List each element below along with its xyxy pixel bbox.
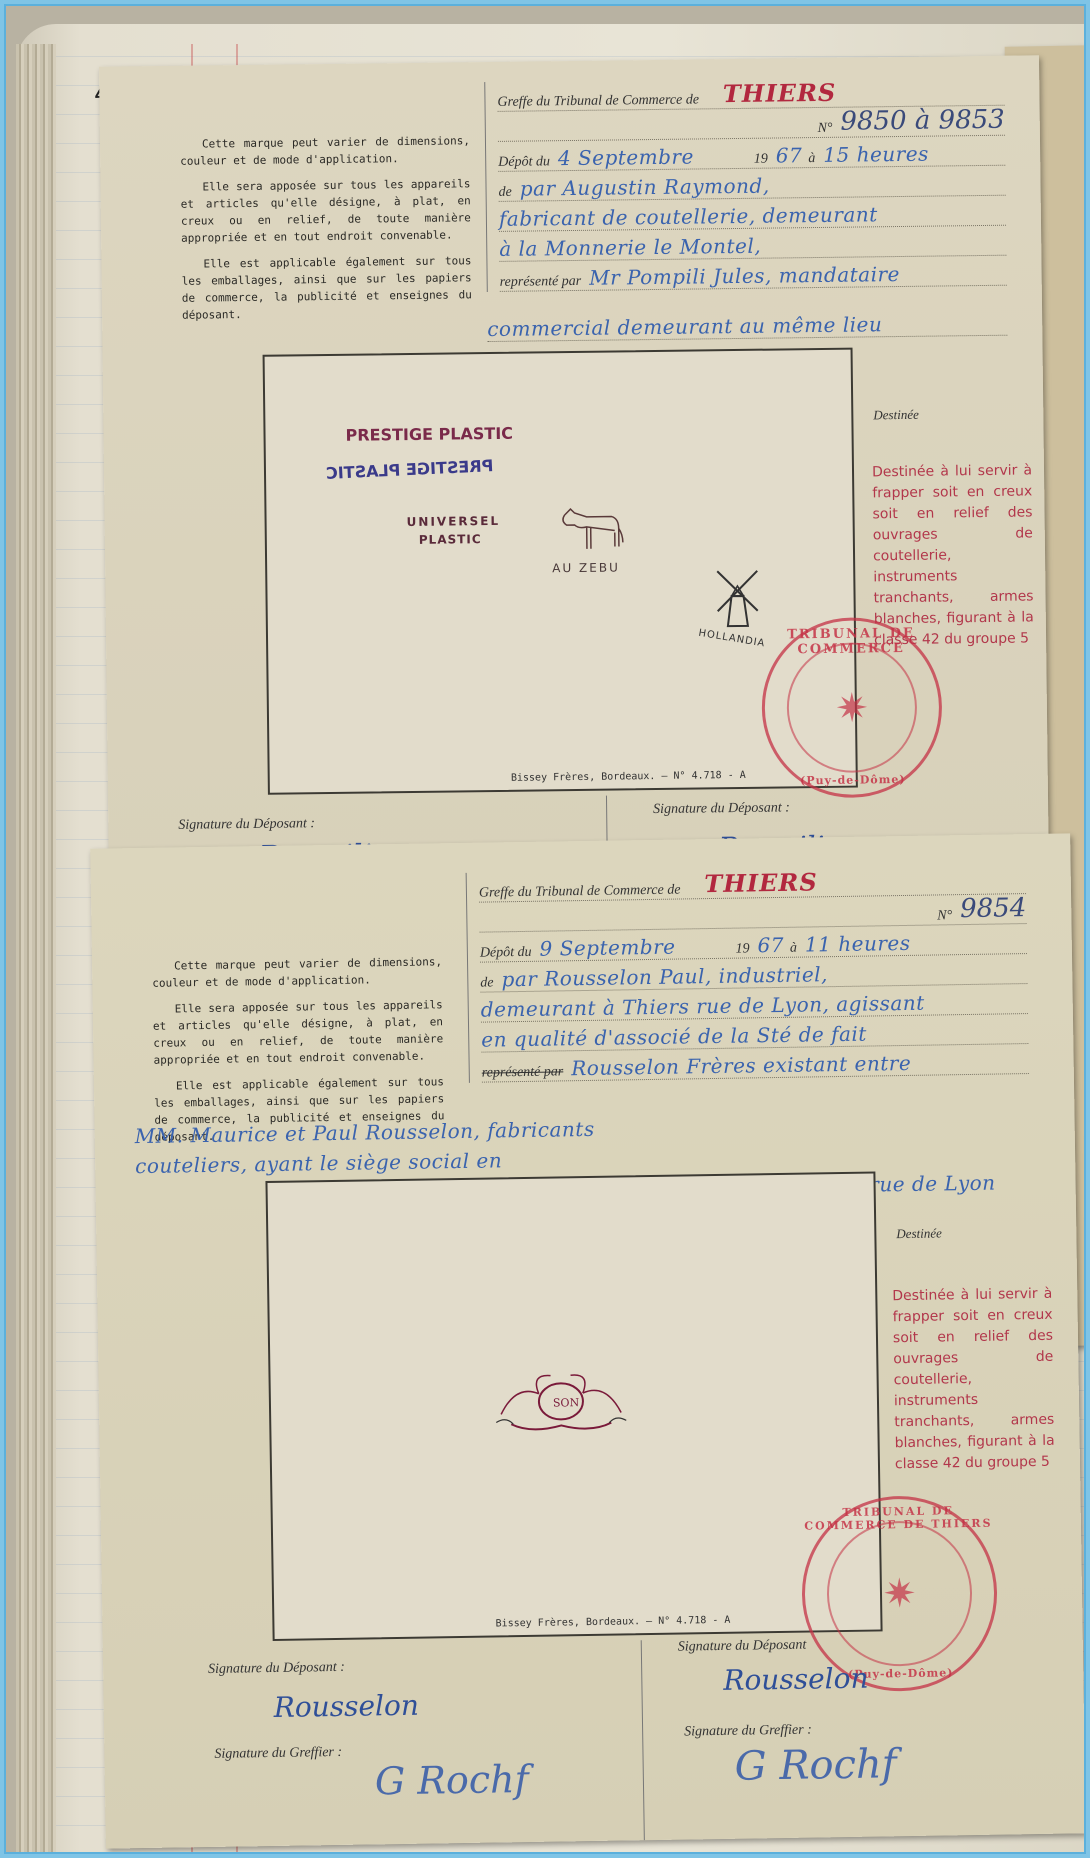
signature-depositor-right: Rousselon bbox=[723, 1662, 869, 1697]
mark-prestige-plastic: PRESTIGE PLASTIC bbox=[345, 424, 513, 445]
notice-paragraph: Elle sera apposée sur tous les appareils… bbox=[180, 175, 471, 247]
deposit-fields: Greffe du Tribunal de Commerce de THIERS… bbox=[484, 76, 1007, 292]
signature-clerk-right-label: Signature du Greffier : bbox=[684, 1723, 812, 1741]
deposit-fields: Greffe du Tribunal de Commerce de THIERS… bbox=[466, 864, 1029, 1083]
seal-emblem-icon: ✷ bbox=[882, 1570, 916, 1618]
representative-line: représenté par Mr Pompili Jules, mandata… bbox=[499, 256, 1006, 292]
crest-emblem-icon: SON bbox=[490, 1362, 631, 1444]
zebu-icon bbox=[556, 502, 627, 558]
purpose-text: Destinée à lui servir à frapper soit en … bbox=[892, 1284, 1055, 1475]
purpose-label: Destinée bbox=[873, 407, 919, 424]
representative-line: commercial demeurant au même lieu bbox=[487, 306, 1007, 342]
notice-paragraph: Elle est applicable également sur tous l… bbox=[181, 252, 472, 324]
court-seal: TRIBUNAL DE COMMERCE ✷ (Puy-de-Dôme) bbox=[761, 617, 943, 799]
court-city-stamp: THIERS bbox=[723, 78, 837, 108]
signature-depositor-right-label: Signature du Déposant bbox=[678, 1638, 807, 1656]
signature-depositor-label: Signature du Déposant : bbox=[178, 816, 315, 834]
mark-au-zebu: AU ZEBU bbox=[552, 560, 620, 575]
seal-emblem-icon: ✷ bbox=[835, 684, 869, 731]
court-city-stamp: THIERS bbox=[704, 867, 818, 898]
mark-plastic: PLASTIC bbox=[419, 532, 482, 547]
svg-text:SON: SON bbox=[553, 1396, 580, 1409]
registration-number: 9854 bbox=[960, 893, 1027, 924]
notice-paragraph: Cette marque peut varier de dimensions, … bbox=[180, 132, 470, 170]
windmill-icon bbox=[707, 561, 768, 632]
purpose-text: Destinée à lui servir à frapper soit en … bbox=[872, 460, 1034, 651]
signature-depositor-label: Signature du Déposant : bbox=[208, 1660, 345, 1678]
notice-paragraph: Elle sera apposée sur tous les appareils… bbox=[153, 996, 444, 1069]
deposit-year: 67 bbox=[757, 933, 784, 957]
deposit-year: 67 bbox=[776, 143, 803, 167]
signature-depositor: Rousselon bbox=[273, 1689, 419, 1724]
page-edges bbox=[16, 44, 56, 1854]
trademark-specimen-box: SON Bissey Frères, Bordeaux. — N° 4.718 … bbox=[265, 1171, 882, 1641]
notice-paragraph: Cette marque peut varier de dimensions, … bbox=[152, 953, 442, 992]
deposit-date: 4 Septembre bbox=[558, 145, 694, 171]
mark-universel: UNIVERSEL bbox=[407, 514, 501, 529]
deposit-time: 11 heures bbox=[805, 931, 911, 957]
signature-clerk-label: Signature du Greffier : bbox=[214, 1745, 342, 1763]
trademark-deposit-form-2: Cette marque peut varier de dimensions, … bbox=[90, 833, 1086, 1848]
signature-depositor-right-label: Signature du Déposant : bbox=[653, 800, 790, 818]
trademark-deposit-form-1: Cette marque peut varier de dimensions, … bbox=[99, 55, 1049, 886]
registration-number: 9850 à 9853 bbox=[840, 105, 1005, 137]
signature-clerk-right: G Rochf bbox=[734, 1741, 897, 1790]
deposit-date: 9 Septembre bbox=[539, 935, 675, 961]
signature-divider bbox=[641, 1640, 645, 1840]
notice-text: Cette marque peut varier de dimensions, … bbox=[180, 132, 472, 333]
deposit-time: 15 heures bbox=[823, 142, 929, 167]
printer-line: Bissey Frères, Bordeaux. — N° 4.718 - A bbox=[511, 770, 746, 784]
photo-frame: 482 Cette marque peut varier de dimensio… bbox=[4, 4, 1086, 1854]
mark-prestige-plastic-mirrored: PRESTIGE PLASTIC bbox=[326, 456, 494, 483]
printer-line: Bissey Frères, Bordeaux. — N° 4.718 - A bbox=[496, 1615, 731, 1630]
signature-clerk: G Rochf bbox=[375, 1757, 529, 1803]
purpose-label: Destinée bbox=[896, 1225, 942, 1242]
